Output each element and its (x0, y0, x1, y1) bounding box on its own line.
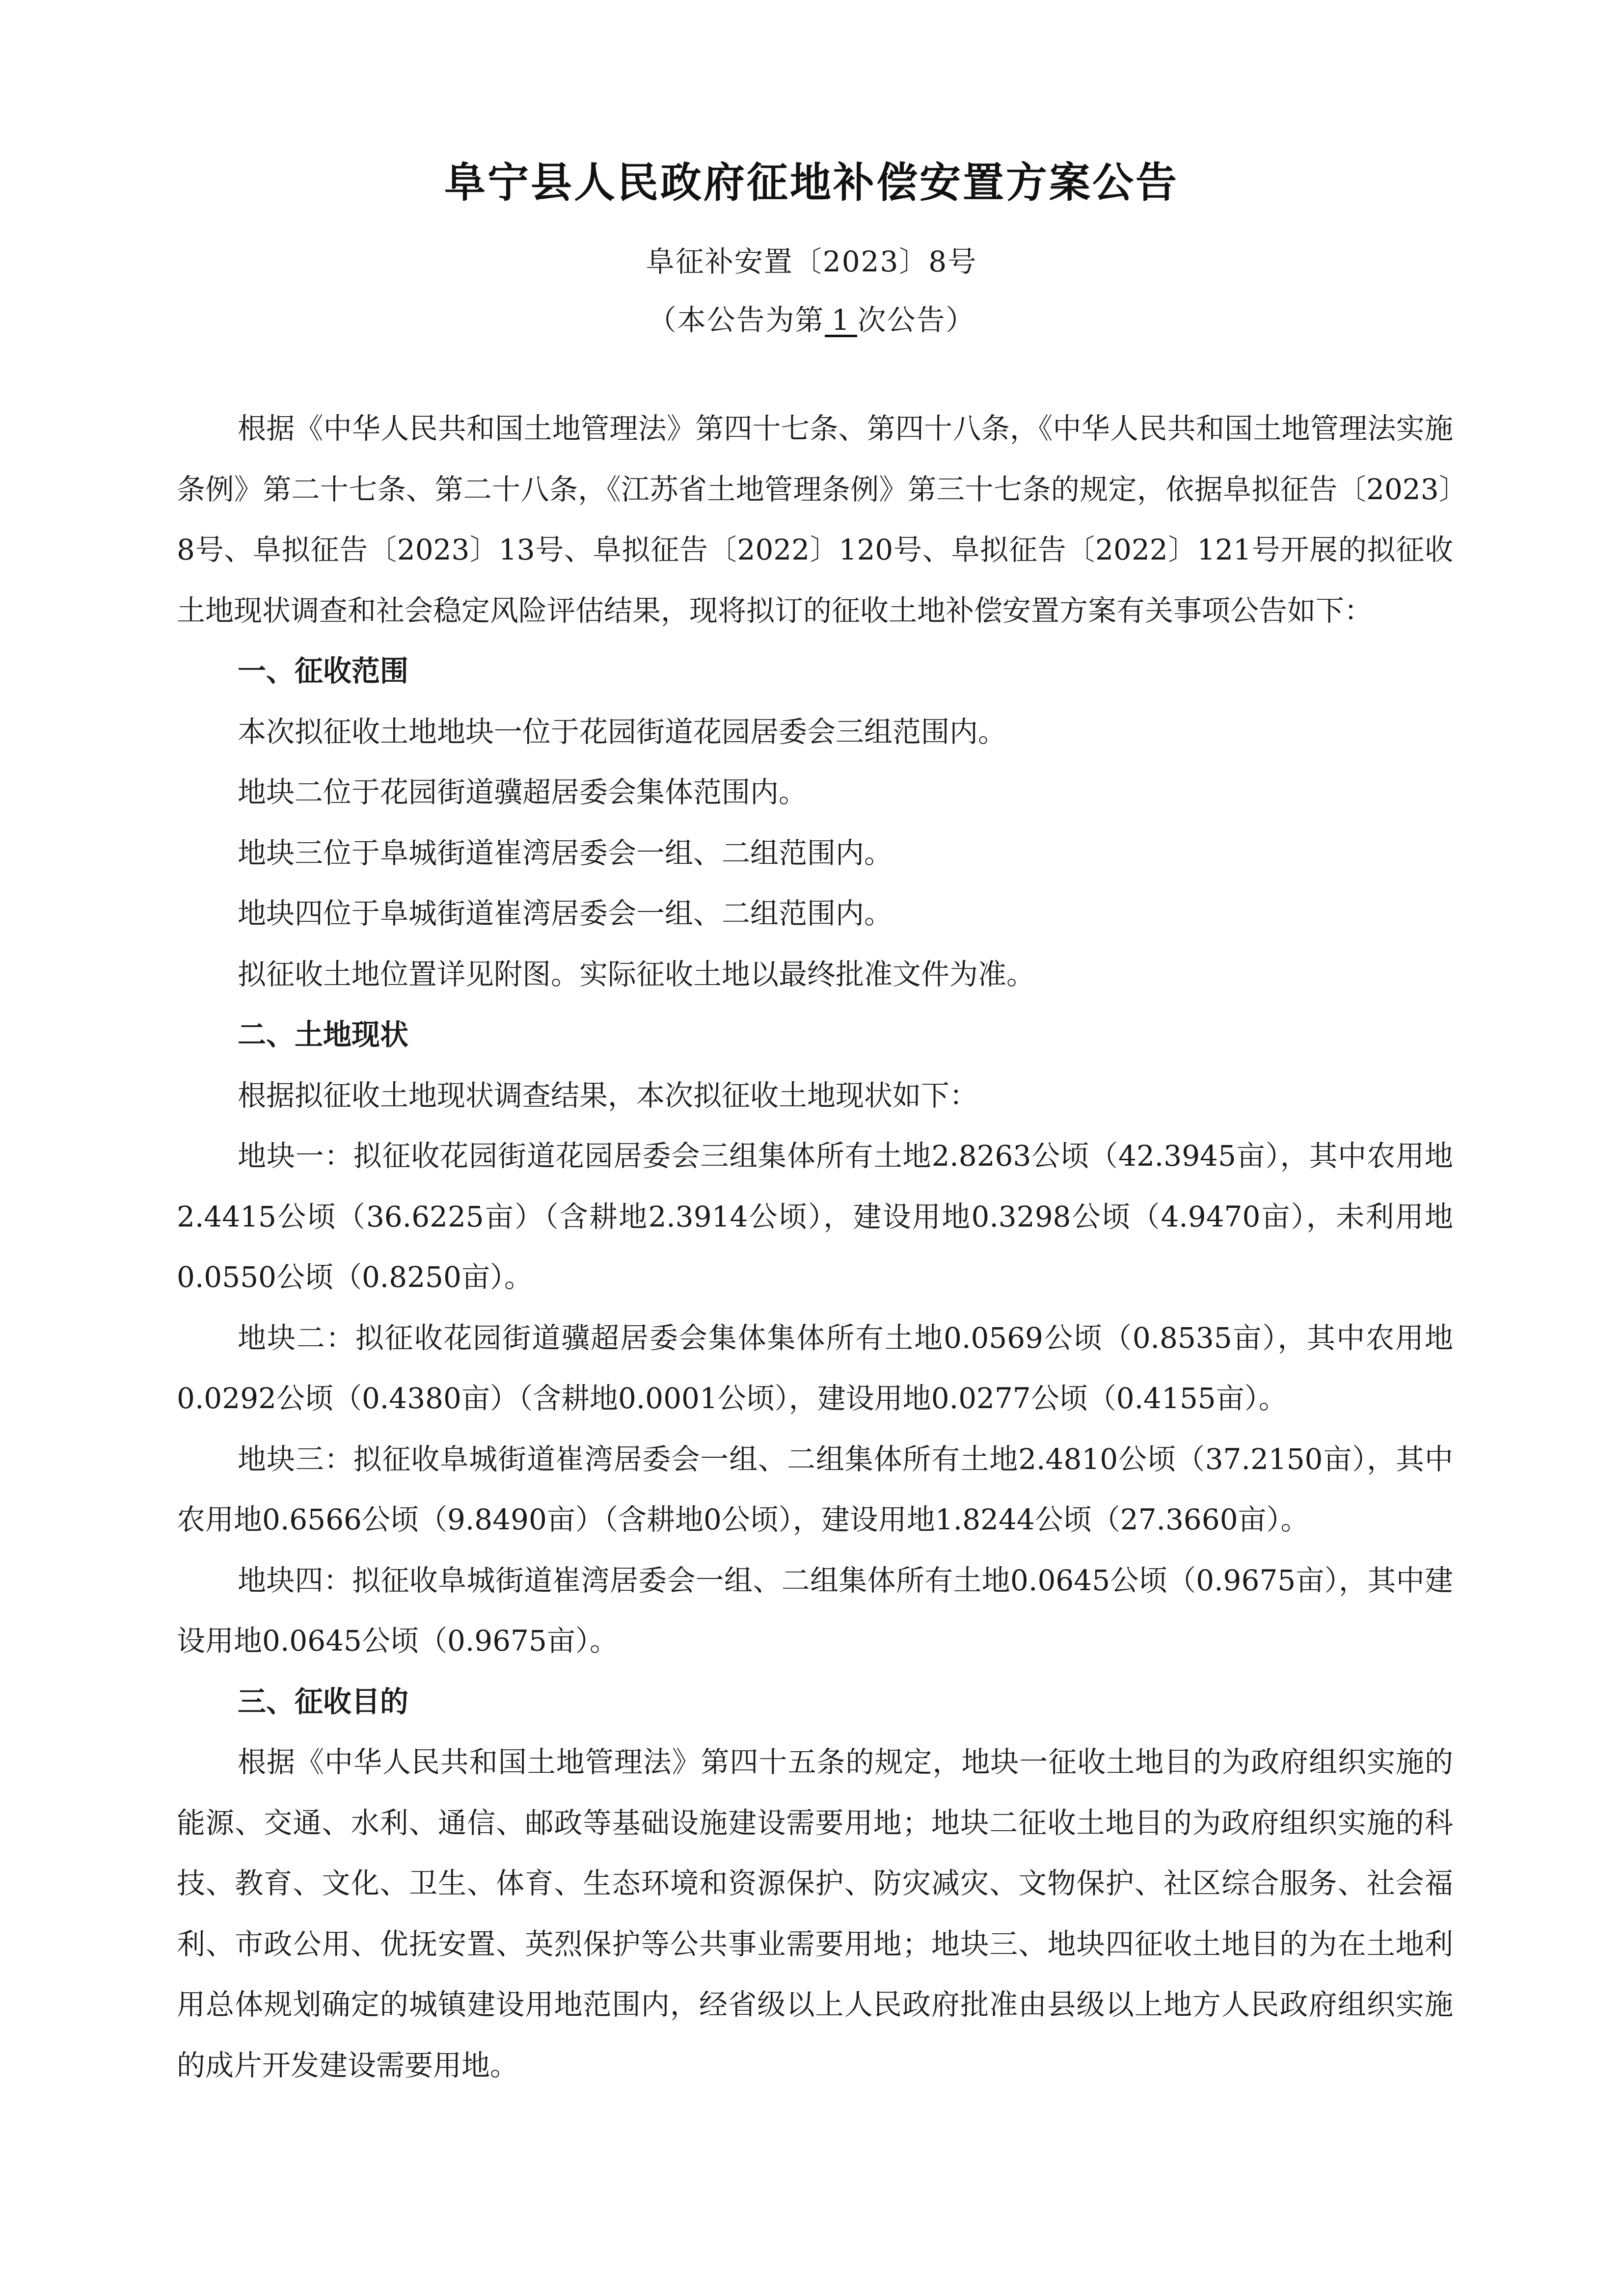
notice-count-suffix: 次公告） (857, 303, 975, 337)
land-status-paragraph: 地块三：拟征收阜城街道崔湾居委会一组、二组集体所有土地2.4810公顷（37.2… (177, 1429, 1453, 1550)
section-heading-land-status: 二、土地现状 (177, 1005, 1453, 1066)
intro-paragraph: 根据《中华人民共和国土地管理法》第四十七条、第四十八条，《中华人民共和国土地管理… (177, 399, 1453, 641)
section-heading-scope: 一、征收范围 (177, 641, 1453, 702)
land-status-paragraph: 地块二：拟征收花园街道骥超居委会集体集体所有土地0.0569公顷（0.8535亩… (177, 1308, 1453, 1429)
land-status-paragraph: 地块四：拟征收阜城街道崔湾居委会一组、二组集体所有土地0.0645公顷（0.96… (177, 1550, 1453, 1672)
scope-paragraph: 本次拟征收土地地块一位于花园街道花园居委会三组范围内。 (177, 702, 1453, 763)
page-title: 阜宁县人民政府征地补偿安置方案公告 (0, 158, 1623, 207)
scope-paragraph: 地块四位于阜城街道崔湾居委会一组、二组范围内。 (177, 883, 1453, 944)
document-number: 阜征补安置〔2023〕8号 (0, 244, 1623, 279)
purpose-paragraph: 根据《中华人民共和国土地管理法》第四十五条的规定，地块一征收土地目的为政府组织实… (177, 1732, 1453, 2096)
land-status-paragraph: 地块一：拟征收花园街道花园居委会三组集体所有土地2.8263公顷（42.3945… (177, 1126, 1453, 1308)
scope-paragraph: 地块三位于阜城街道崔湾居委会一组、二组范围内。 (177, 823, 1453, 884)
scope-paragraph: 拟征收土地位置详见附图。实际征收土地以最终批准文件为准。 (177, 944, 1453, 1005)
notice-count-number: 1 (825, 305, 858, 337)
scope-paragraph: 地块二位于花园街道骥超居委会集体范围内。 (177, 762, 1453, 823)
notice-count: （本公告为第1次公告） (0, 302, 1623, 338)
notice-count-prefix: （本公告为第 (648, 303, 825, 337)
document-page: 阜宁县人民政府征地补偿安置方案公告 阜征补安置〔2023〕8号 （本公告为第1次… (0, 0, 1623, 2296)
document-body: 根据《中华人民共和国土地管理法》第四十七条、第四十八条，《中华人民共和国土地管理… (177, 399, 1453, 2096)
land-status-paragraph: 根据拟征收土地现状调查结果，本次拟征收土地现状如下： (177, 1066, 1453, 1126)
section-heading-purpose: 三、征收目的 (177, 1672, 1453, 1733)
